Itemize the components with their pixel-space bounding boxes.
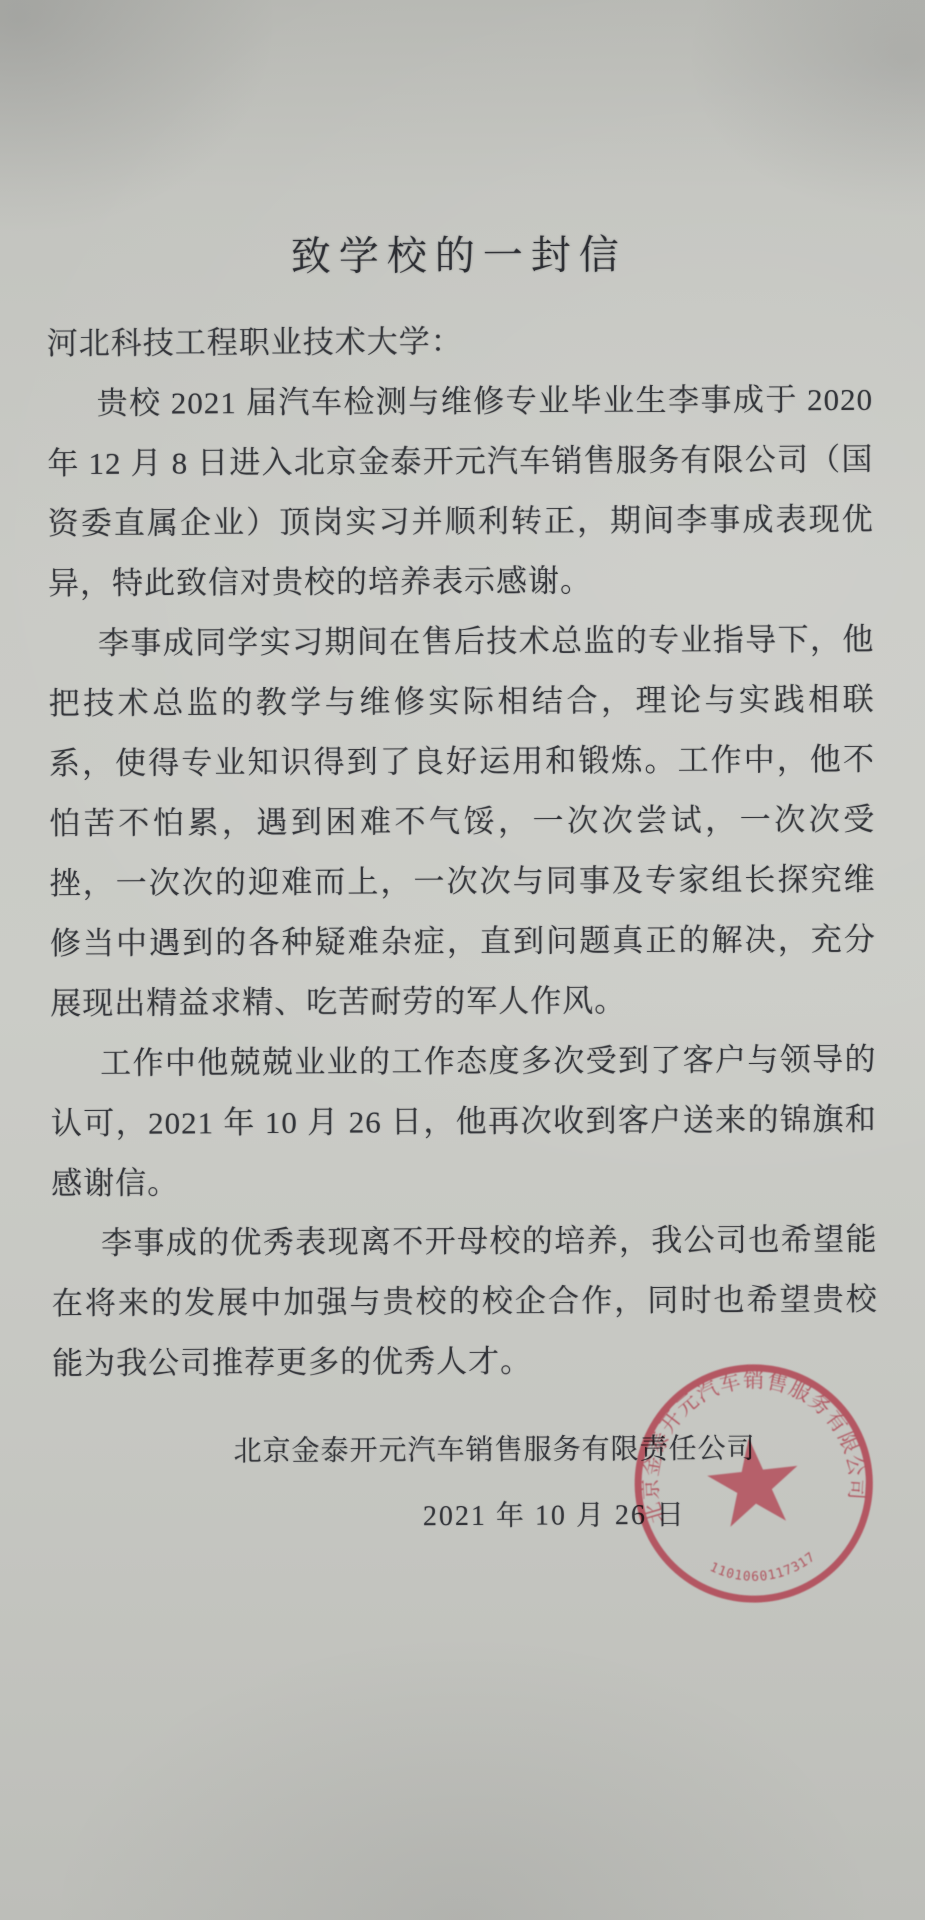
letter-title: 致学校的一封信 [0,222,921,284]
seal-graphic: 北京金泰开元汽车销售服务有限公司 1101060117317 [611,1341,896,1626]
letter-body: 河北科技工程职业技术大学： 贵校 2021 届汽车检测与维修专业毕业生李事成于 … [47,310,879,1394]
paragraph-3: 工作中他兢兢业业的工作态度多次受到了客户与领导的认可，2021 年 10 月 2… [50,1030,877,1214]
paragraph-1: 贵校 2021 届汽车检测与维修专业毕业生李事成于 2020 年 12 月 8 … [47,370,874,614]
company-seal-stamp: 北京金泰开元汽车销售服务有限公司 1101060117317 [611,1341,896,1626]
paragraph-2: 李事成同学实习期间在售后技术总监的专业指导下，他把技术总监的教学与维修实际相结合… [48,610,876,1034]
salutation: 河北科技工程职业技术大学： [47,310,873,374]
seal-star-icon [704,1433,804,1529]
letter-sheet: 致学校的一封信 河北科技工程职业技术大学： 贵校 2021 届汽车检测与维修专业… [0,0,925,1920]
